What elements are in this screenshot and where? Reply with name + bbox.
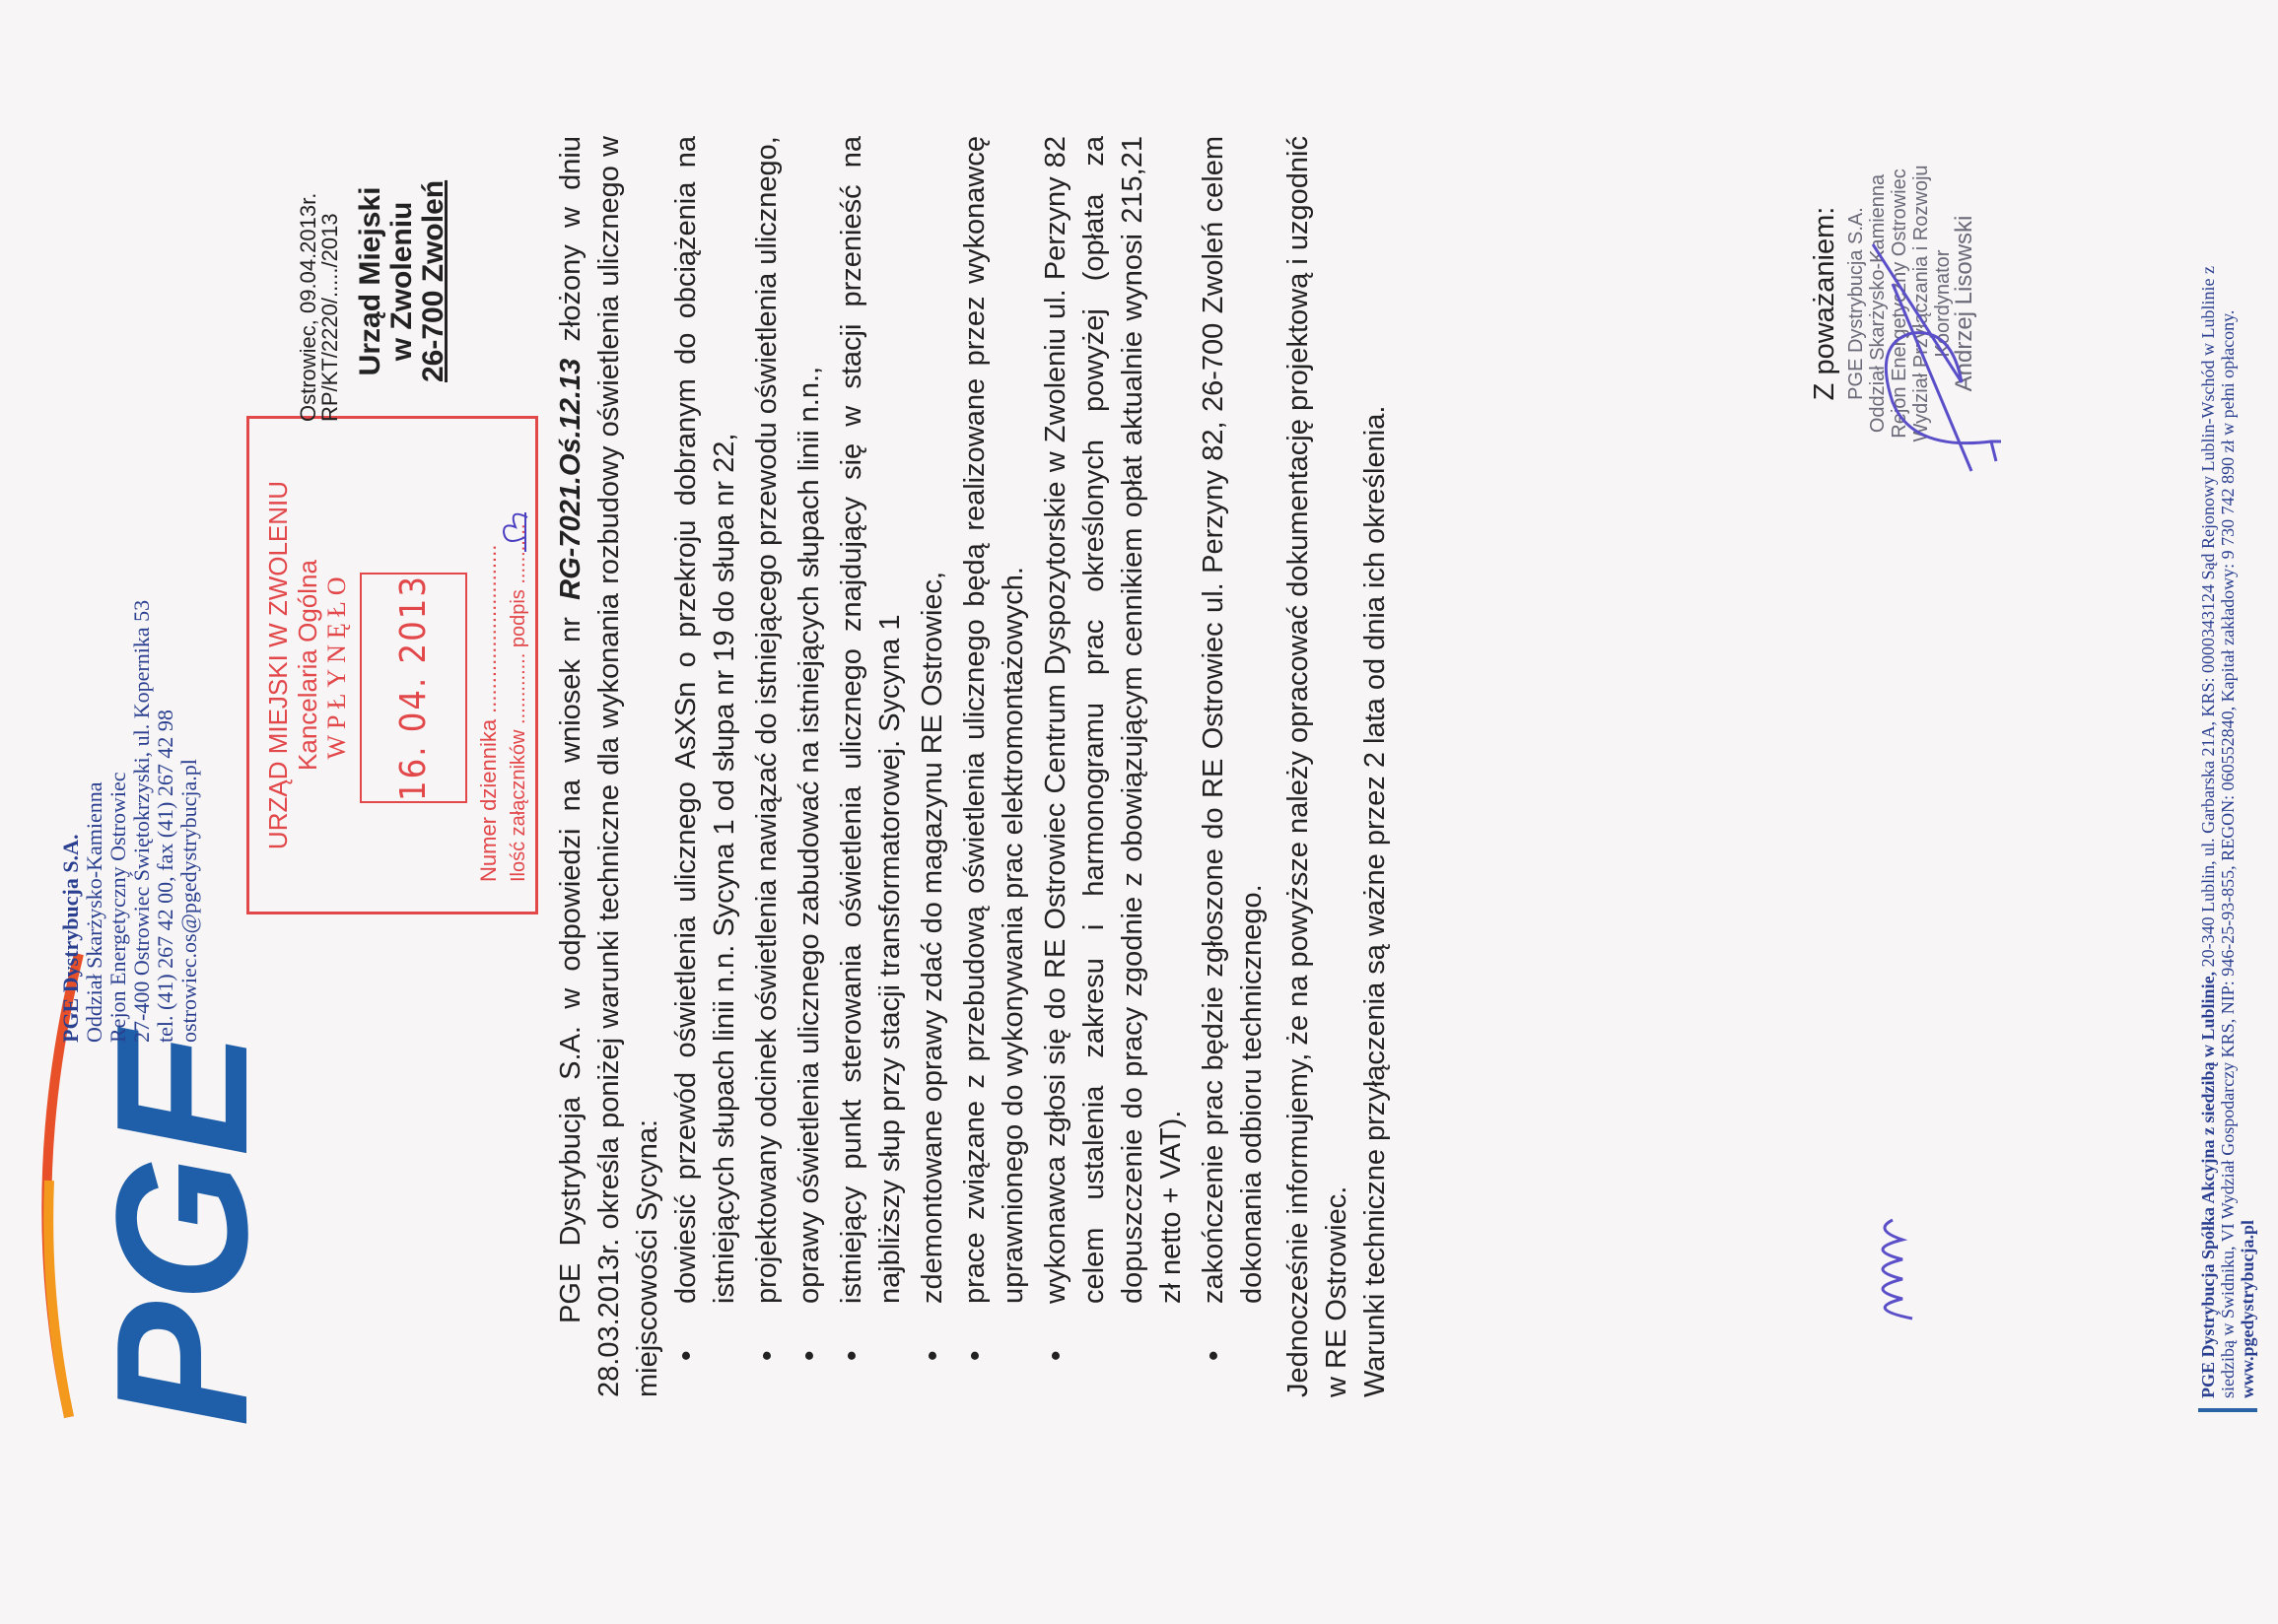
- list-item: wykonawca zgłosi się do RE Ostrowiec Cen…: [1037, 136, 1191, 1304]
- addressee-block: Urząd Miejski w Zwoleniu 26-700 Zwoleń: [355, 180, 449, 382]
- list-item: projektowany odcinek oświetlenia nawiąza…: [748, 136, 787, 1304]
- initials-icon: [1853, 1210, 1932, 1328]
- intro-paragraph: PGE Dystrybucja S.A. w odpowiedzi na wni…: [552, 136, 667, 1397]
- addressee-city: 26-700 Zwoleń: [418, 180, 449, 382]
- sender-line: Rejon Energetyczny Ostrowiec: [106, 451, 130, 1043]
- sender-line: tel. (41) 267 42 00, fax (41) 267 42 98: [154, 451, 177, 1043]
- list-item: istniejący punkt sterowania oświetlenia …: [833, 136, 910, 1304]
- svg-text:PGE: PGE: [78, 1026, 287, 1427]
- list-item: oprawy oświetlenia ulicznego zabudować n…: [791, 136, 829, 1304]
- sender-line: 27-400 Ostrowiec Świętokrzyski, ul. Kope…: [130, 451, 154, 1043]
- salutation: Z poważaniem:: [1809, 116, 1841, 491]
- list-item: dowiesić przewód oświetlenia ulicznego A…: [667, 136, 744, 1304]
- footer-line: siedzibą w Świdniku, VI Wydział Gospodar…: [2218, 19, 2238, 1398]
- receipt-stamp: URZĄD MIEJSKI W ZWOLENIU Kancelaria Ogól…: [246, 416, 538, 914]
- sender-block: PGE Dystrybucja S.A. Oddział Skarżysko-K…: [59, 451, 201, 1043]
- sender-email: ostrowiec.os@pgedystrybucja.pl: [177, 451, 201, 1043]
- footer-website[interactable]: www.pgedystrybucja.pl: [2238, 19, 2257, 1398]
- letter-page: PGE PGE Dystrybucja S.A. Oddział Skarżys…: [0, 0, 2278, 1624]
- addressee-line: Urząd Miejski: [355, 180, 386, 382]
- stamp-received: WPŁYNĘŁO: [322, 419, 352, 912]
- validity-paragraph: Warunki techniczne przyłączenia są ważne…: [1356, 136, 1395, 1397]
- application-reference: RG-7021.Oś.12.13: [555, 359, 587, 600]
- company-footer: PGE Dystrybucja Spółka Akcyjna z siedzib…: [2198, 19, 2257, 1412]
- intro-text: PGE Dystrybucja S.A. w odpowiedzi na wni…: [555, 600, 587, 1323]
- letter-reference: RP/KT/2220/...../2013: [317, 213, 343, 422]
- footer-company: PGE Dystrybucja Spółka Akcyjna z siedzib…: [2198, 972, 2218, 1398]
- list-item: prace związane z przebudową oświetlenia …: [956, 136, 1033, 1304]
- footer-registration: 20-340 Lublin, ul. Garbarska 21A, KRS: 0…: [2198, 266, 2218, 972]
- stamp-date: 16. 04. 2013: [360, 573, 467, 803]
- stamp-office: URZĄD MIEJSKI W ZWOLENIU: [263, 419, 294, 912]
- letter-body: PGE Dystrybucja S.A. w odpowiedzi na wni…: [552, 136, 1395, 1397]
- footer-line: PGE Dystrybucja Spółka Akcyjna z siedzib…: [2198, 19, 2218, 1398]
- stamp-signature-icon: [496, 498, 535, 557]
- stamp-journal-number: Numer dziennika ........................…: [476, 545, 502, 882]
- sender-line: Oddział Skarżysko-Kamienna: [83, 451, 106, 1043]
- list-item: zakończenie prac będzie zgłoszone do RE …: [1195, 136, 1272, 1304]
- sender-name: PGE Dystrybucja S.A.: [59, 451, 83, 1043]
- list-item: zdemontowane oprawy zdać do magazynu RE …: [914, 136, 952, 1304]
- conditions-list: dowiesić przewód oświetlenia ulicznego A…: [667, 136, 1272, 1397]
- stamp-attachments: Ilość załączników ............. podpis .…: [508, 524, 530, 882]
- documentation-paragraph: Jednocześnie informujemy, że na powyższe…: [1279, 136, 1356, 1397]
- stamp-department: Kancelaria Ogólna: [293, 419, 323, 912]
- addressee-line: w Zwoleniu: [386, 180, 418, 382]
- handwritten-signature-icon: [1853, 225, 2011, 481]
